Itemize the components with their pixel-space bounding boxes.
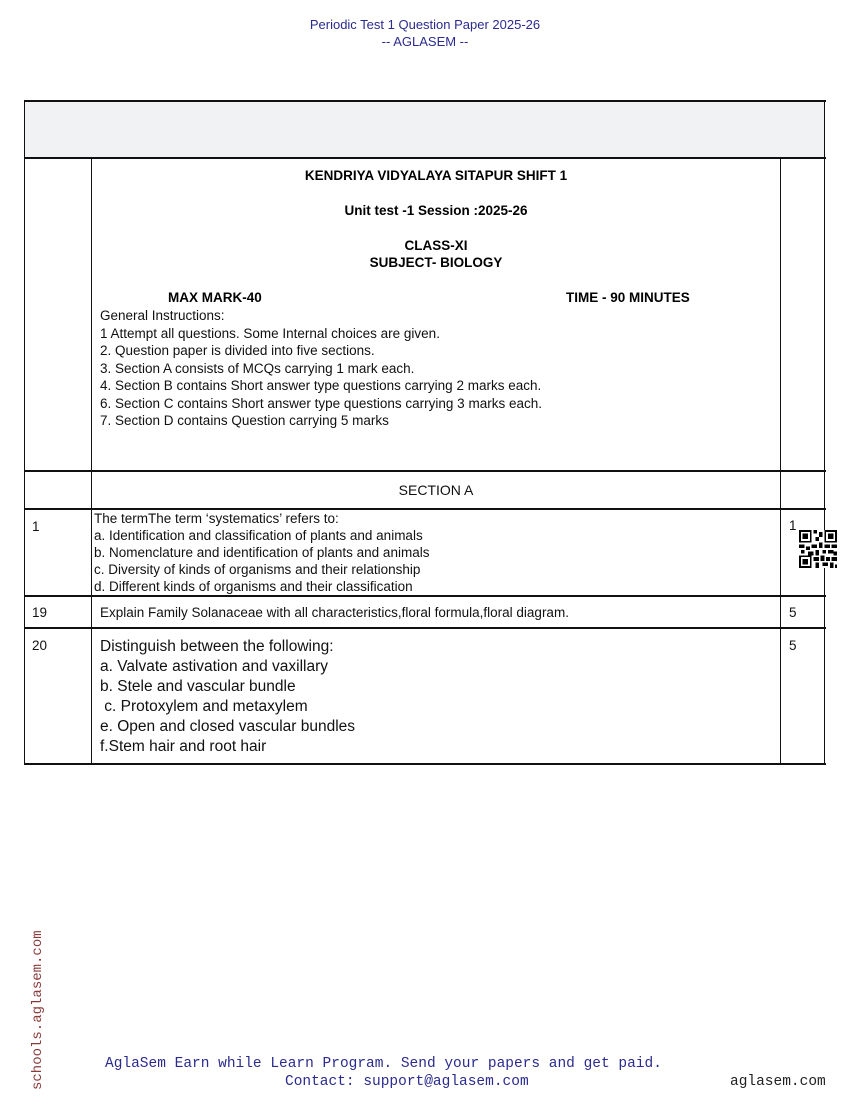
time-allowed: TIME - 90 MINUTES xyxy=(566,290,690,305)
footer-promo: AglaSem Earn while Learn Program. Send y… xyxy=(105,1056,662,1072)
table-border-bottom xyxy=(24,763,826,765)
class-label: CLASS-XI xyxy=(92,238,780,253)
table-divider xyxy=(24,627,826,629)
instruction-item: 4. Section B contains Short answer type … xyxy=(100,378,541,393)
question-option: a. Identification and classification of … xyxy=(94,528,423,543)
question-marks: 5 xyxy=(789,638,797,653)
section-a-title: SECTION A xyxy=(92,482,780,498)
footer-contact[interactable]: Contact: support@aglasem.com xyxy=(285,1074,529,1090)
instruction-item: 1 Attempt all questions. Some Internal c… xyxy=(100,326,440,341)
question-number: 1 xyxy=(32,519,40,534)
question-option: b. Nomenclature and identification of pl… xyxy=(94,545,429,560)
question-number: 20 xyxy=(32,638,47,653)
table-divider xyxy=(24,508,826,510)
footer-site-link[interactable]: aglasem.com xyxy=(730,1074,826,1090)
question-option: f.Stem hair and root hair xyxy=(100,738,266,756)
question-number: 19 xyxy=(32,605,47,620)
qr-code-icon xyxy=(799,529,837,569)
question-option: a. Valvate astivation and vaxillary xyxy=(100,658,328,676)
instruction-item: 2. Question paper is divided into five s… xyxy=(100,343,375,358)
instruction-item: 6. Section C contains Short answer type … xyxy=(100,396,542,411)
table-border-right xyxy=(824,100,825,764)
page-header-title: Periodic Test 1 Question Paper 2025-26 xyxy=(0,17,850,32)
table-border-top xyxy=(24,100,826,102)
header-band xyxy=(25,101,825,157)
instruction-item: 7. Section D contains Question carrying … xyxy=(100,413,389,428)
instructions-heading: General Instructions: xyxy=(100,308,225,323)
question-text: The termThe term ‘systematics’ refers to… xyxy=(94,511,339,526)
side-watermark: schools.aglasem.com xyxy=(30,930,46,1090)
question-option: b. Stele and vascular bundle xyxy=(100,678,296,696)
column-divider xyxy=(780,157,781,764)
page-header-subtitle: -- AGLASEM -- xyxy=(0,34,850,49)
max-marks: MAX MARK-40 xyxy=(168,290,262,305)
table-divider xyxy=(24,157,826,159)
subject-label: SUBJECT- BIOLOGY xyxy=(92,255,780,270)
question-option: d. Different kinds of organisms and thei… xyxy=(94,579,413,594)
question-marks: 5 xyxy=(789,605,797,620)
test-name: Unit test -1 Session :2025-26 xyxy=(92,203,780,218)
question-option: e. Open and closed vascular bundles xyxy=(100,718,355,736)
instruction-item: 3. Section A consists of MCQs carrying 1… xyxy=(100,361,414,376)
question-option: c. Protoxylem and metaxylem xyxy=(100,698,308,716)
question-option: c. Diversity of kinds of organisms and t… xyxy=(94,562,420,577)
question-text: Explain Family Solanaceae with all chara… xyxy=(100,605,569,620)
table-border-left xyxy=(24,100,25,764)
question-marks: 1 xyxy=(789,518,797,533)
question-text: Distinguish between the following: xyxy=(100,638,334,656)
school-name: KENDRIYA VIDYALAYA SITAPUR SHIFT 1 xyxy=(92,168,780,183)
table-divider xyxy=(24,595,826,597)
table-divider xyxy=(24,470,826,472)
